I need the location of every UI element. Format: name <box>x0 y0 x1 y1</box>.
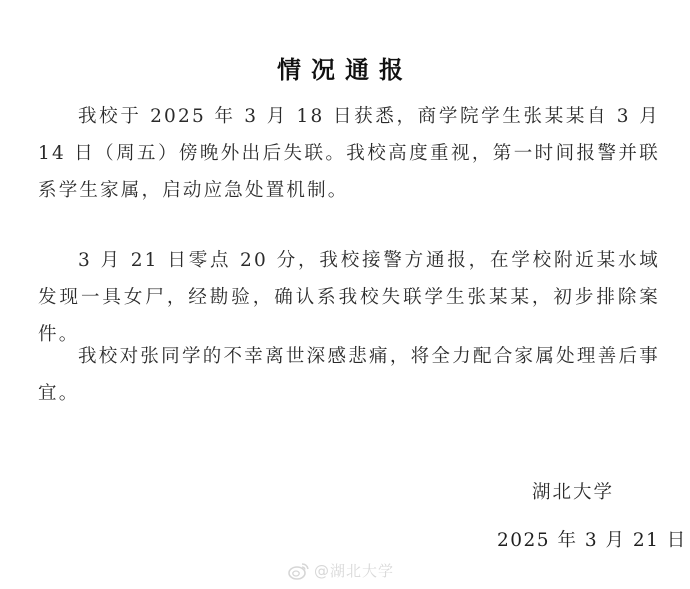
watermark-text: @湖北大学 <box>314 560 394 581</box>
paragraph-police-notice: 3 月 21 日零点 20 分，我校接警方通报，在学校附近某水域发现一具女尸，经… <box>38 242 660 353</box>
signature-date: 2025 年 3 月 21 日 <box>497 526 687 552</box>
signature-organization: 湖北大学 <box>532 478 614 504</box>
weibo-icon <box>288 562 310 580</box>
weibo-watermark: @湖北大学 <box>288 560 394 581</box>
document-title: 情况通报 <box>0 50 690 85</box>
paragraph-condolence: 我校对张同学的不幸离世深感悲痛，将全力配合家属处理善后事宜。 <box>38 338 660 412</box>
paragraph-missing-report: 我校于 2025 年 3 月 18 日获悉，商学院学生张某某自 3 月 14 日… <box>38 98 660 209</box>
notice-document: 情况通报 我校于 2025 年 3 月 18 日获悉，商学院学生张某某自 3 月… <box>0 0 690 589</box>
